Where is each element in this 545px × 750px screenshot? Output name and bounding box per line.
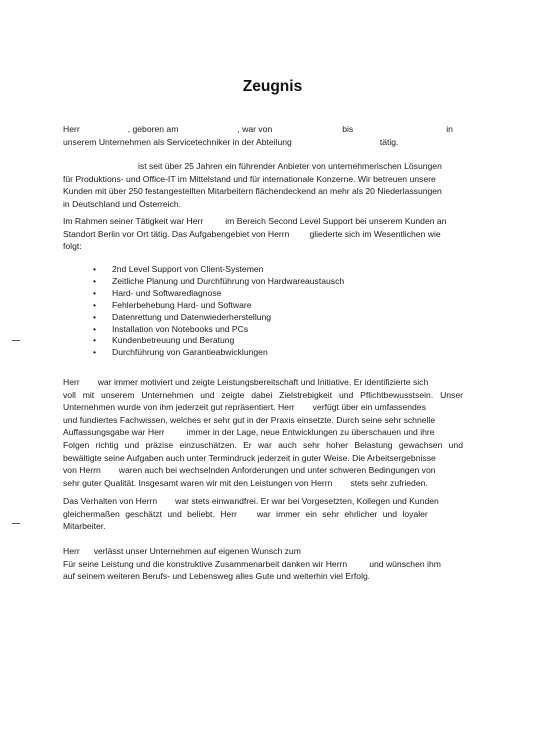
bullet-icon: •: [93, 312, 96, 324]
perf-l1b: war immer motiviert und zeigte Leistungs…: [98, 377, 429, 387]
document-title: Zeugnis: [0, 78, 545, 96]
bullet-icon: •: [93, 276, 96, 288]
conduct-l3: Mitarbeiter.: [63, 520, 463, 533]
role-paragraph: Im Rahmen seiner Tätigkeit war Herrim Be…: [63, 215, 463, 253]
perf-l6: Folgen richtig und präzise einzuschätzen…: [63, 439, 463, 452]
intro-department: unserem Unternehmen als Servicetechniker…: [63, 137, 292, 147]
intro-in: in: [446, 124, 453, 134]
perf-l1a: Herr: [63, 377, 80, 387]
intro-paragraph: Herr, geboren am, war vonbisin unserem U…: [63, 123, 463, 148]
perf-l8a: von Herrn: [63, 465, 101, 475]
bullet-icon: •: [93, 264, 96, 276]
fold-mark-bottom: [12, 523, 20, 524]
task-item: •Datenrettung und Datenwiederherstellung: [93, 312, 344, 324]
performance-paragraph: Herrwar immer motiviert und zeigte Leist…: [63, 376, 463, 489]
intro-line-1: Herr, geboren am, war vonbisin: [63, 123, 463, 136]
bullet-icon: •: [93, 324, 96, 336]
task-item: •Durchführung von Garantieabwicklungen: [93, 347, 344, 359]
role-line-1b: im Bereich Second Level Support bei unse…: [225, 216, 446, 226]
intro-until: bis: [342, 124, 353, 134]
perf-l9a: sehr guter Qualität. Insgesamt waren wir…: [63, 478, 332, 488]
closing-l3: auf seinem weiteren Berufs- und Lebenswe…: [63, 570, 463, 583]
closing-l2b: und wünschen ihm: [369, 559, 441, 569]
task-item: •Zeitliche Planung und Durchführung von …: [93, 276, 344, 288]
role-line-2a: Standort Berlin vor Ort tätig. Das Aufga…: [63, 229, 289, 239]
task-item: •Kundenbetreuung und Beratung: [93, 335, 344, 347]
task-text: Zeitliche Planung und Durchführung von H…: [112, 276, 344, 286]
perf-l2: voll mit unserem Unternehmen und zeigte …: [63, 389, 463, 402]
task-item: •Installation von Notebooks und PCs: [93, 324, 344, 336]
task-text: Fehlerbehebung Hard- und Software: [112, 300, 252, 310]
conduct-l2a: gleichermaßen geschätzt und beliebt. Her…: [63, 509, 237, 519]
perf-l4: und fundiertes Fachwissen, welches er se…: [63, 414, 463, 427]
role-line-1a: Im Rahmen seiner Tätigkeit war Herr: [63, 216, 203, 226]
conduct-l2b: war immer ein sehr ehrlicher und loyaler: [257, 509, 428, 519]
task-item: •2nd Level Support von Client-Systemen: [93, 264, 344, 276]
task-item: •Fehlerbehebung Hard- und Software: [93, 300, 344, 312]
perf-l5a: Auffassungsgabe war Herr: [63, 427, 165, 437]
company-line-3: Kunden mit über 250 festangestellten Mit…: [63, 185, 463, 198]
task-text: Hard- und Softwarediagnose: [112, 288, 221, 298]
bullet-icon: •: [93, 300, 96, 312]
task-list: •2nd Level Support von Client-Systemen •…: [93, 264, 344, 359]
company-paragraph: ist seit über 25 Jahren ein führender An…: [63, 160, 463, 210]
conduct-l1b: war stets einwandfrei. Er war bei Vorges…: [175, 496, 439, 506]
task-item: •Hard- und Softwarediagnose: [93, 288, 344, 300]
intro-line-2: unserem Unternehmen als Servicetechniker…: [63, 136, 463, 149]
intro-active: tätig.: [380, 137, 399, 147]
task-text: Kundenbetreuung und Beratung: [112, 335, 234, 345]
bullet-icon: •: [93, 288, 96, 300]
task-text: Durchführung von Garantieabwicklungen: [112, 347, 268, 357]
closing-paragraph: Herrverlässt unser Unternehmen auf eigen…: [63, 545, 463, 583]
role-line-3: folgt:: [63, 240, 463, 253]
role-line-2b: gliederte sich im Wesentlichen wie: [309, 229, 440, 239]
document-page: Zeugnis Herr, geboren am, war vonbisin u…: [0, 0, 545, 750]
closing-l2a: Für seine Leistung und die konstruktive …: [63, 559, 347, 569]
perf-l7: bewältigte seine Aufgaben auch unter Ter…: [63, 452, 463, 465]
bullet-icon: •: [93, 335, 96, 347]
perf-l5b: immer in der Lage, neue Entwicklungen zu…: [187, 427, 435, 437]
intro-born: , geboren am: [128, 124, 179, 134]
perf-l9b: stets sehr zufrieden.: [350, 478, 427, 488]
conduct-l1a: Das Verhalten von Herrn: [63, 496, 157, 506]
company-line-1: ist seit über 25 Jahren ein führender An…: [138, 161, 442, 171]
task-text: Datenrettung und Datenwiederherstellung: [112, 312, 271, 322]
perf-l3b: verfügt über ein umfassendes: [313, 402, 426, 412]
company-line-2: für Produktions- und Office-IT im Mittel…: [63, 173, 463, 186]
conduct-paragraph: Das Verhalten von Herrnwar stets einwand…: [63, 495, 463, 533]
intro-herr: Herr: [63, 124, 80, 134]
perf-l3a: Unternehmen wurde von ihm jederzeit gut …: [63, 402, 295, 412]
task-text: 2nd Level Support von Client-Systemen: [112, 264, 263, 274]
perf-l8b: waren auch bei wechselnden Anforderungen…: [119, 465, 436, 475]
closing-l1b: verlässt unser Unternehmen auf eigenen W…: [94, 546, 301, 556]
closing-l1a: Herr: [63, 546, 80, 556]
task-text: Installation von Notebooks und PCs: [112, 324, 248, 334]
fold-mark-top: [12, 340, 20, 341]
bullet-icon: •: [93, 347, 96, 359]
company-line-4: in Deutschland und Österreich.: [63, 198, 463, 211]
intro-from: , war von: [237, 124, 272, 134]
